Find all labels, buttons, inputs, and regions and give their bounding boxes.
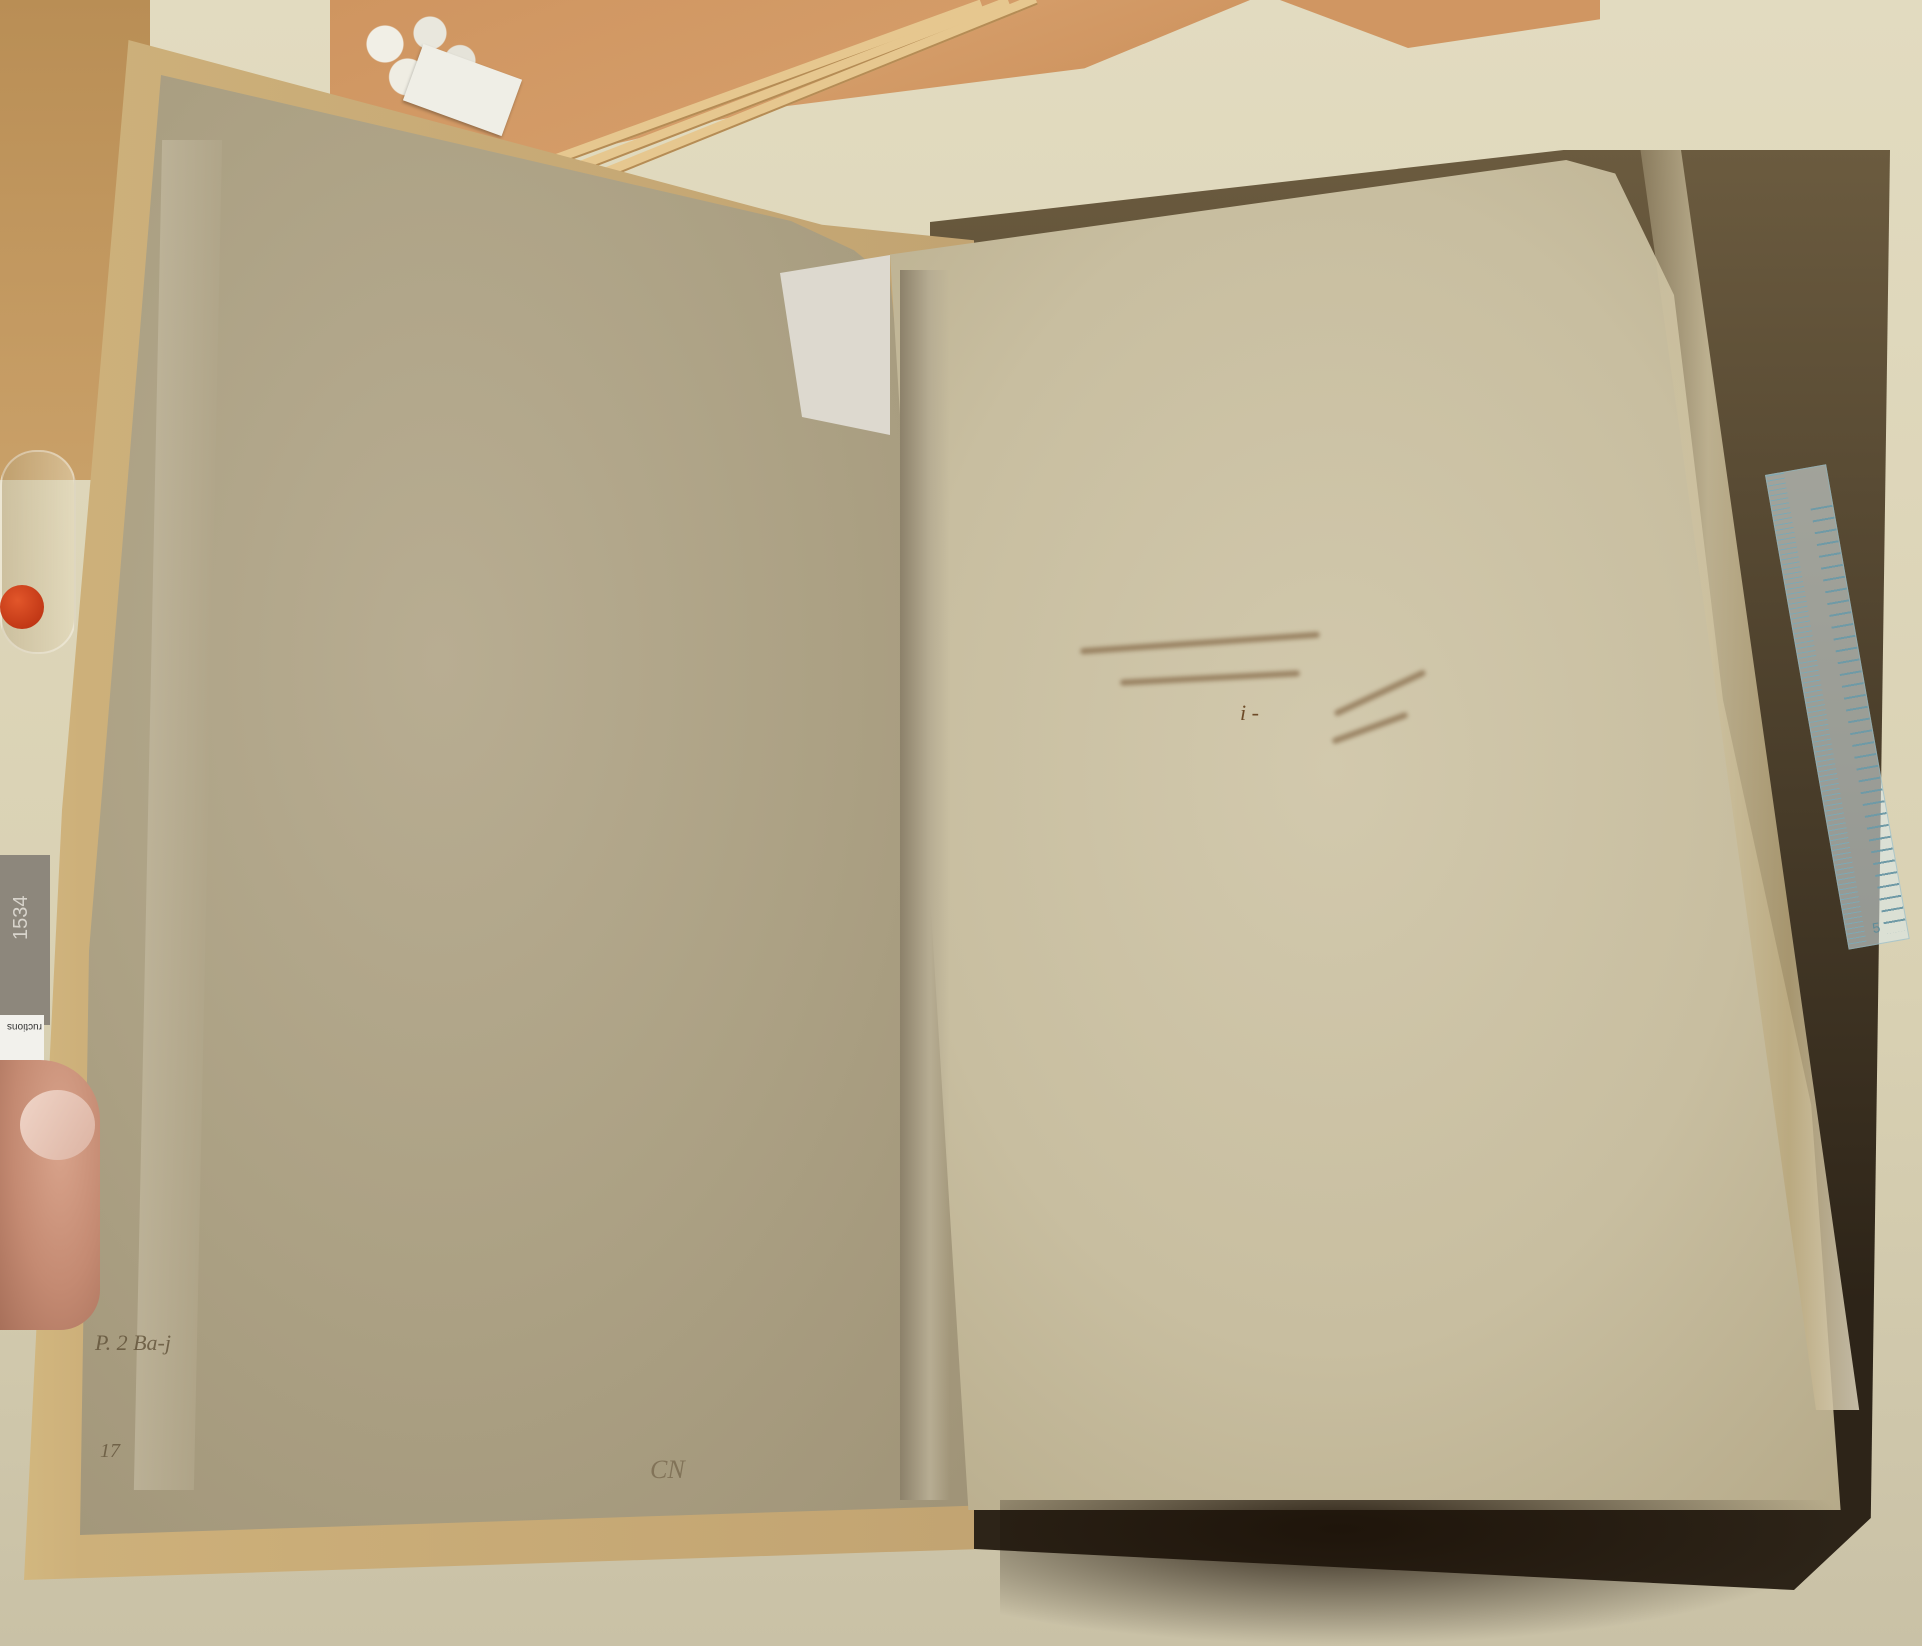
pencil-number: 17 <box>100 1440 120 1463</box>
ruler-number: 5 <box>1871 919 1881 936</box>
pencil-initials: CN <box>650 1455 685 1485</box>
handwriting-fragment: i - <box>1240 700 1259 726</box>
card-number: 1534 <box>10 896 33 941</box>
wooden-sticks <box>560 0 980 170</box>
book-gutter <box>900 270 950 1500</box>
book-shadow <box>1000 1500 1850 1646</box>
fingernail <box>20 1090 95 1160</box>
handwritten-inscription: i - <box>1080 600 1440 740</box>
red-cap <box>0 585 44 629</box>
grey-card <box>0 855 50 1025</box>
pencil-shelfmark: P. 2 Ba-j <box>95 1330 171 1356</box>
instructions-label: ructions <box>0 1015 44 1063</box>
